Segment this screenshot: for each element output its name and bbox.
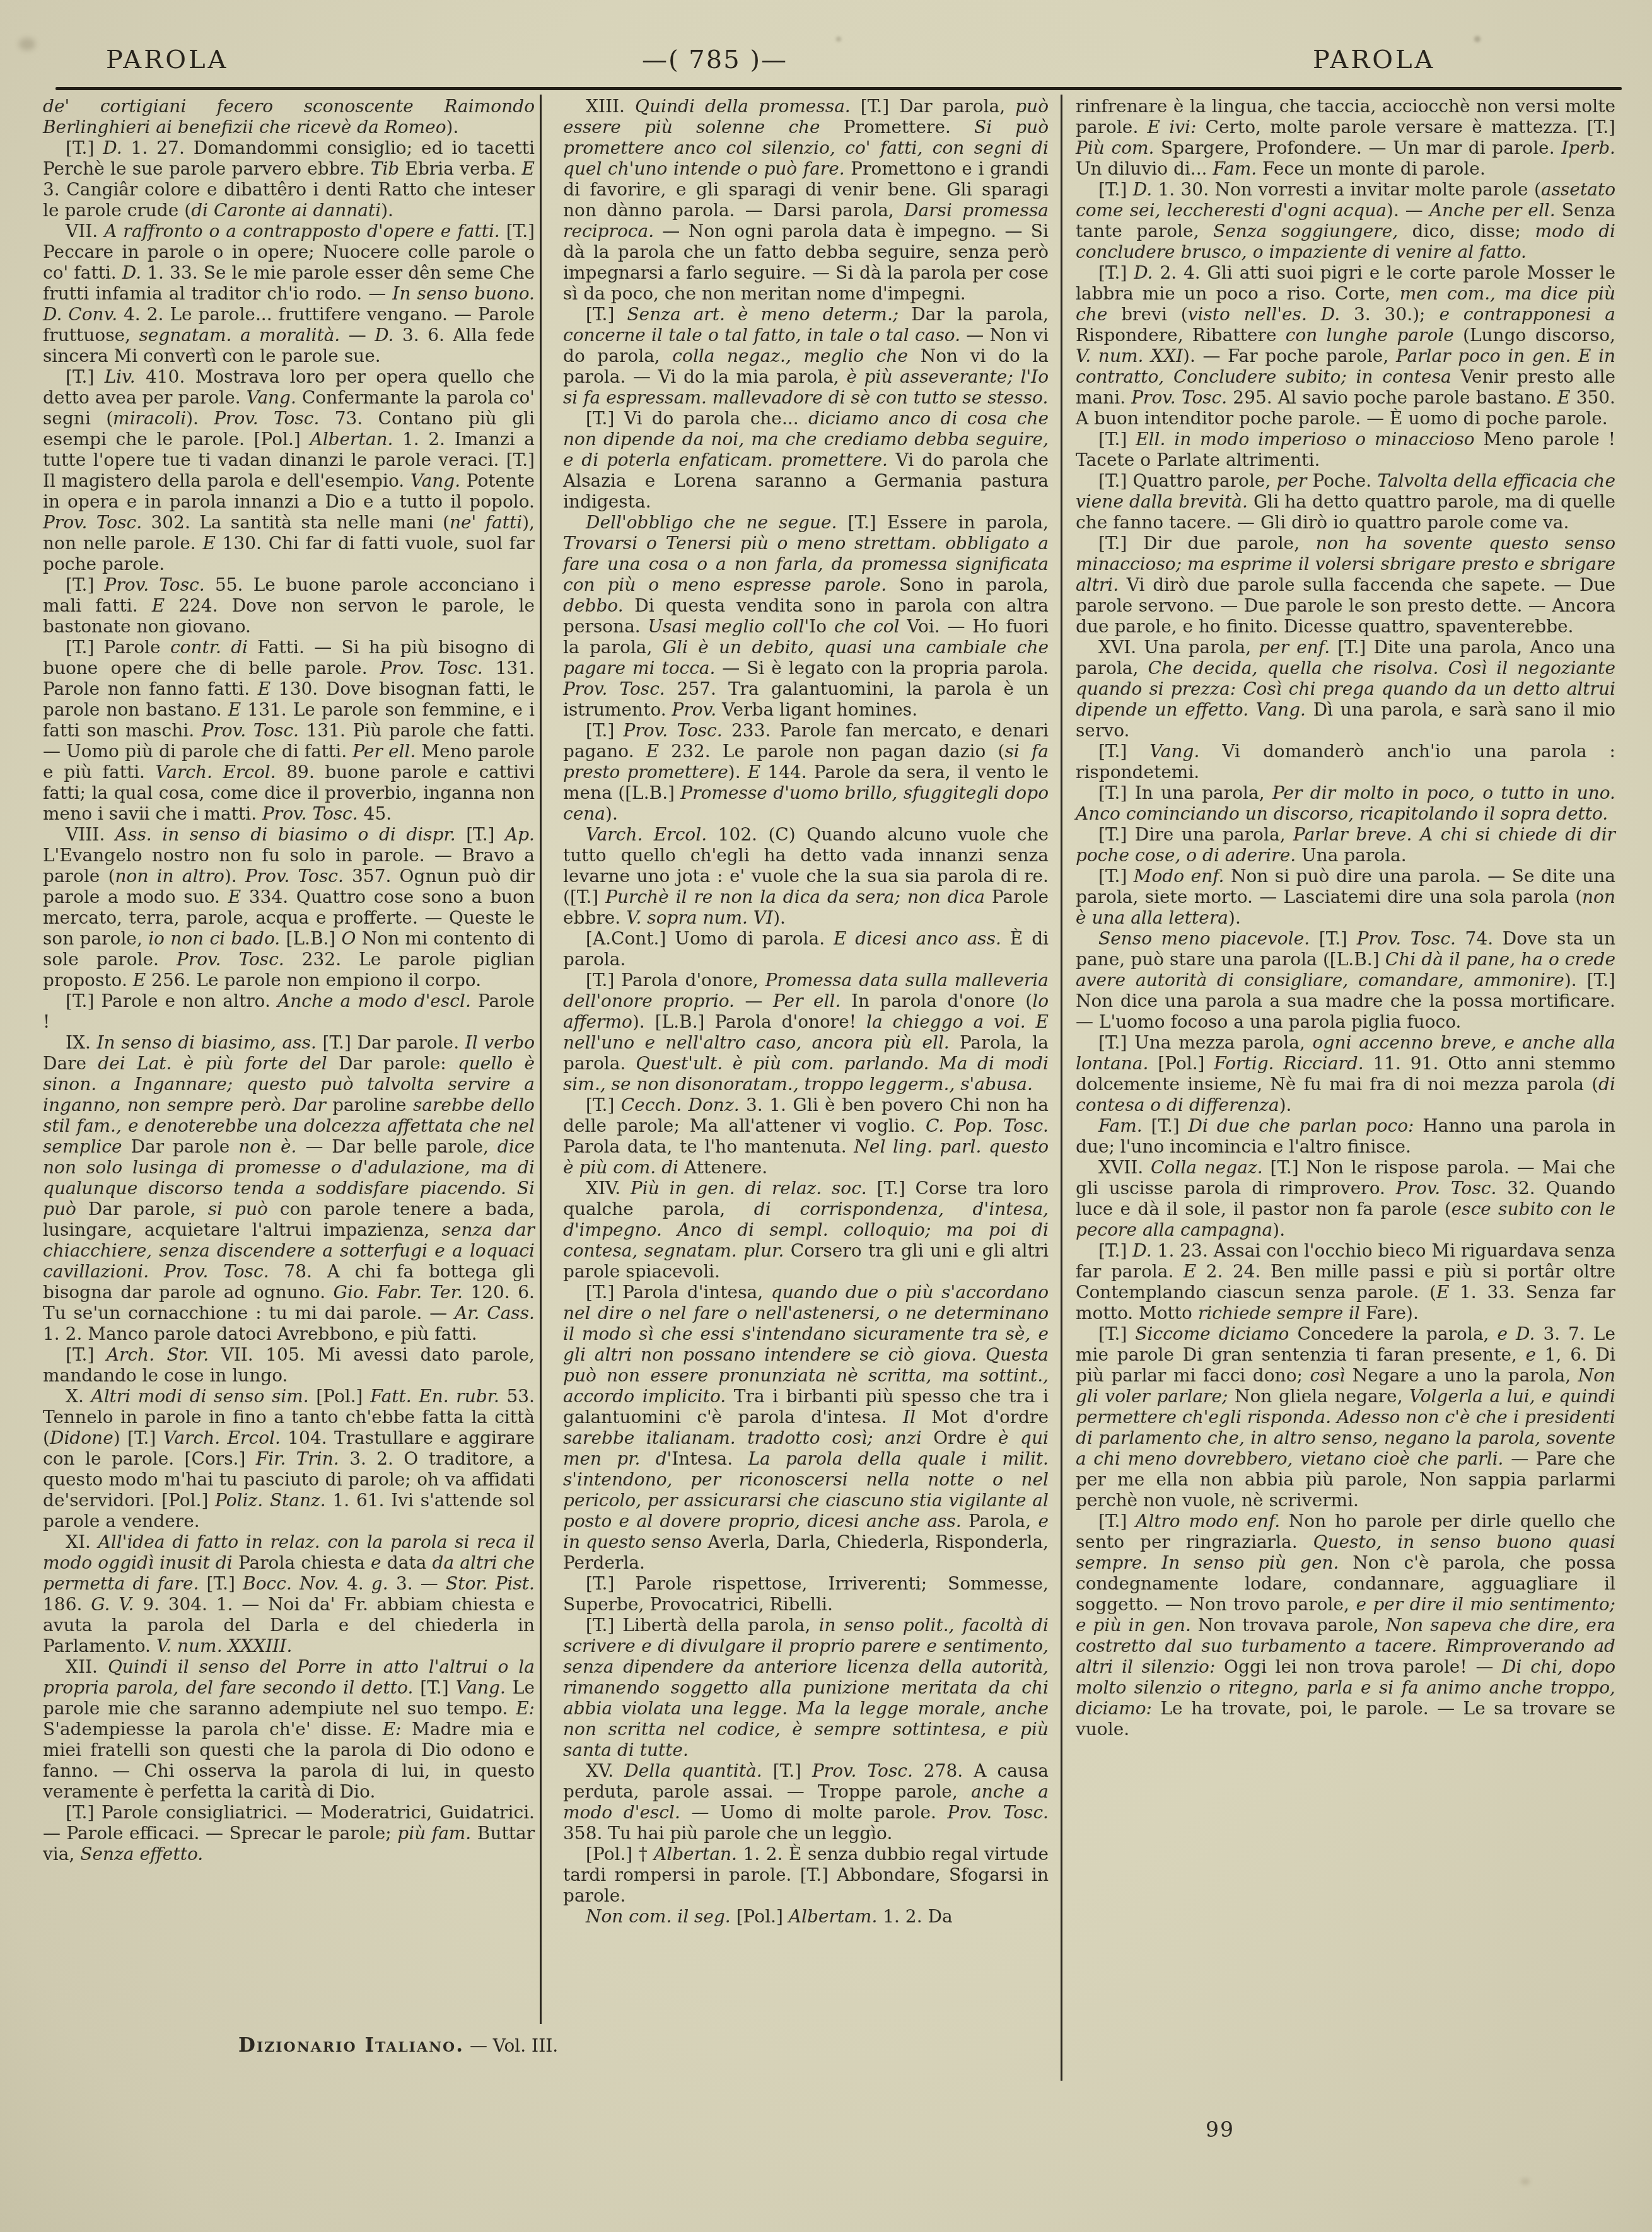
paragraph: [T.] Una mezza parola, ogni accenno brev…	[1076, 1032, 1615, 1115]
paragraph: rinfrenare è la lingua, che taccia, acci…	[1076, 96, 1615, 179]
paragraph: [T.] Parole rispettose, Irriverenti; Som…	[563, 1573, 1049, 1615]
paragraph: [T.] Quattro parole, per Poche. Talvolta…	[1076, 470, 1615, 533]
paragraph: XVI. Una parola, per enf. [T.] Dite una …	[1076, 637, 1615, 741]
paragraph: [T.] Liv. 410. Mostrava loro per opera q…	[43, 366, 535, 574]
paragraph: [T.] D. 1. 23. Assai con l'occhio bieco …	[1076, 1240, 1615, 1323]
running-head-left: PAROLA	[106, 45, 229, 74]
paragraph: [Pol.] † Albertan. 1. 2. È senza dubbio …	[563, 1844, 1049, 1906]
paragraph: [T.] D. 2. 4. Gli atti suoi pigri e le c…	[1076, 262, 1615, 429]
paragraph: [T.] Vang. Vi domanderò anch'io una paro…	[1076, 741, 1615, 782]
text-column-2: XIII. Quindi della promessa. [T.] Dar pa…	[563, 96, 1049, 1927]
paragraph: VII. A raffronto o a contrapposto d'oper…	[43, 221, 535, 366]
paragraph: XI. All'idea di fatto in relaz. con la p…	[43, 1532, 535, 1656]
paragraph: [T.] Altro modo enf. Non ho parole per d…	[1076, 1511, 1615, 1740]
running-head-right: PAROLA	[1313, 45, 1436, 74]
paragraph: [T.] Senza art. è meno determ.; Dar la p…	[563, 304, 1049, 408]
header-rule	[55, 87, 1622, 90]
paragraph: [T.] Siccome diciamo Concedere la parola…	[1076, 1323, 1615, 1511]
paragraph: X. Altri modi di senso sim. [Pol.] Fatt.…	[43, 1386, 535, 1532]
paragraph: Varch. Ercol. 102. (C) Quando alcuno vuo…	[563, 824, 1049, 928]
paragraph: [T.] Prov. Tosc. 233. Parole fan mercato…	[563, 720, 1049, 824]
paper-blemish	[1474, 36, 1480, 42]
paragraph: Senso meno piacevole. [T.] Prov. Tosc. 7…	[1076, 928, 1615, 1032]
footer-signature-number: 99	[1206, 2117, 1235, 2142]
paragraph: Fam. [T.] Di due che parlan poco: Hanno …	[1076, 1115, 1615, 1157]
paper-blemish	[1521, 2178, 1530, 2185]
paragraph: [T.] Cecch. Donz. 3. 1. Gli è ben povero…	[563, 1095, 1049, 1178]
paragraph: [T.] Parole consigliatrici. — Moderatric…	[43, 1802, 535, 1864]
paragraph: [T.] D. 1. 30. Non vorresti a invitar mo…	[1076, 179, 1615, 262]
paragraph: [T.] Parola d'intesa, quando due o più s…	[563, 1282, 1049, 1573]
paragraph: [T.] Libertà della parola, in senso poli…	[563, 1615, 1049, 1760]
scanned-dictionary-page: PAROLA —( 785 )— PAROLA de' cortigiani f…	[0, 0, 1652, 2232]
text-column-3: rinfrenare è la lingua, che taccia, acci…	[1076, 96, 1615, 1740]
paragraph: [T.] Prov. Tosc. 55. Le buone parole acc…	[43, 574, 535, 637]
paragraph: XIII. Quindi della promessa. [T.] Dar pa…	[563, 96, 1049, 304]
paragraph: VIII. Ass. in senso di biasimo o di disp…	[43, 824, 535, 991]
column-divider-1	[540, 95, 542, 2024]
paragraph: XIV. Più in gen. di relaz. soc. [T.] Cor…	[563, 1178, 1049, 1282]
paragraph: Non com. il seg. [Pol.] Albertam. 1. 2. …	[563, 1906, 1049, 1927]
paragraph: [T.] D. 1. 27. Domandommi consiglio; ed …	[43, 137, 535, 221]
paragraph: [T.] Dir due parole, non ha sovente ques…	[1076, 533, 1615, 637]
footer-imprint-title: Dizionario Italiano.	[238, 2034, 464, 2057]
footer-imprint: Dizionario Italiano. — Vol. III.	[238, 2034, 558, 2057]
paragraph: [A.Cont.] Uomo di parola. E dicesi anco …	[563, 928, 1049, 970]
paragraph: XV. Della quantità. [T.] Prov. Tosc. 278…	[563, 1760, 1049, 1844]
footer-imprint-volume: — Vol. III.	[464, 2035, 558, 2056]
paragraph: [T.] Parole e non altro. Anche a modo d'…	[43, 991, 535, 1032]
paragraph: de' cortigiani fecero sconoscente Raimon…	[43, 96, 535, 137]
page-number-header: —( 785 )—	[642, 45, 788, 74]
paragraph: [T.] Parola d'onore, Promessa data sulla…	[563, 970, 1049, 1095]
paragraph: XII. Quindi il senso del Porre in atto l…	[43, 1656, 535, 1802]
paragraph: IX. In senso di biasimo, ass. [T.] Dar p…	[43, 1032, 535, 1344]
paragraph: [T.] Parole contr. di Fatti. — Si ha più…	[43, 637, 535, 824]
column-divider-2	[1061, 95, 1062, 2081]
paragraph: [T.] In una parola, Per dir molto in poc…	[1076, 782, 1615, 824]
paragraph: [T.] Modo enf. Non si può dire una parol…	[1076, 866, 1615, 928]
paragraph: [T.] Dire una parola, Parlar breve. A ch…	[1076, 824, 1615, 866]
paper-blemish	[836, 37, 841, 42]
paragraph: [T.] Ell. in modo imperioso o minaccioso…	[1076, 429, 1615, 470]
paragraph: [T.] Arch. Stor. VII. 105. Mi avessi dat…	[43, 1344, 535, 1386]
paragraph: Dell'obbligo che ne segue. [T.] Essere i…	[563, 512, 1049, 720]
paragraph: [T.] Vi do parola che... diciamo anco di…	[563, 408, 1049, 512]
paragraph: XVII. Colla negaz. [T.] Non le rispose p…	[1076, 1157, 1615, 1240]
text-column-1: de' cortigiani fecero sconoscente Raimon…	[43, 96, 535, 1864]
paper-blemish	[19, 38, 35, 50]
